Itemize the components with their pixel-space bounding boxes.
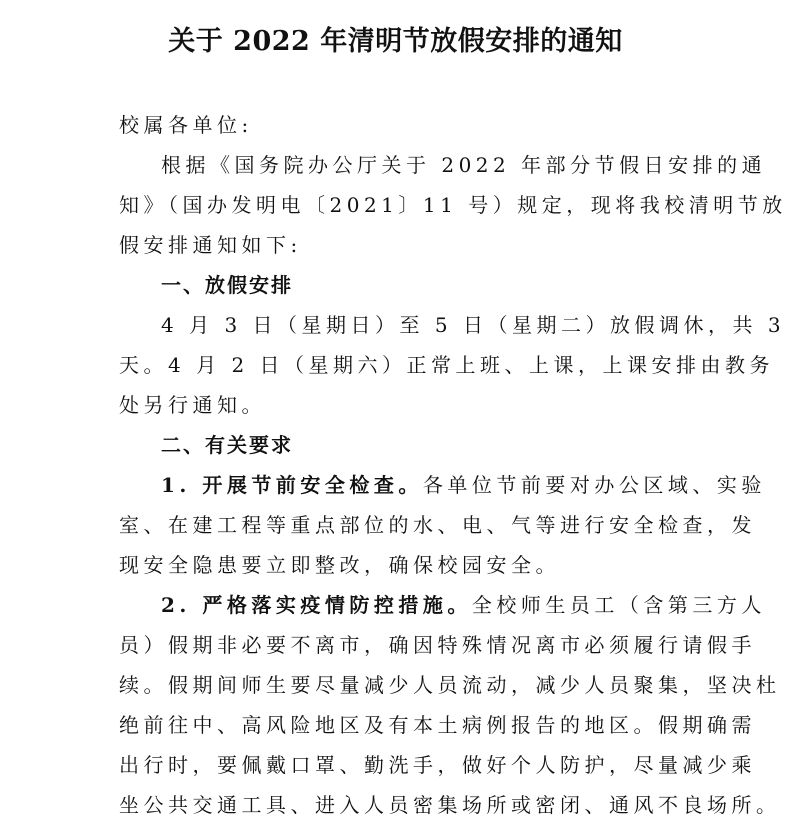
document-title: 关于 2022 年清明节放假安排的通知 (0, 20, 791, 64)
item-text: 全校师生员工（含第三方人 (472, 593, 766, 617)
paragraph-line: 室、在建工程等重点部位的水、电、气等进行安全检查，发 (119, 505, 672, 545)
section-heading-holiday-arrangement: 一、放假安排 (119, 265, 672, 305)
paragraph-line: 现安全隐患要立即整改，确保校园安全。 (119, 545, 672, 585)
paragraph-line: 处另行通知。 (119, 385, 672, 425)
item-lead: 1. 开展节前安全检查。 (161, 473, 423, 497)
paragraph-line: 1. 开展节前安全检查。各单位节前要对办公区域、实验 (119, 465, 672, 505)
item-text: 各单位节前要对办公区域、实验 (423, 473, 766, 497)
paragraph-line: 坐公共交通工具、进入人员密集场所或密闭、通风不良场所。 (119, 785, 672, 818)
paragraph-line: 绝前往中、高风险地区及有本土病例报告的地区。假期确需 (119, 705, 672, 745)
paragraph-line: 续。假期间师生要尽量减少人员流动，减少人员聚集，坚决杜 (119, 665, 672, 705)
paragraph-line: 员）假期非必要不离市，确因特殊情况离市必须履行请假手 (119, 625, 672, 665)
paragraph-line: 2. 严格落实疫情防控措施。全校师生员工（含第三方人 (119, 585, 672, 625)
paragraph-line: 天。4 月 2 日（星期六）正常上班、上课，上课安排由教务 (119, 345, 672, 385)
intro-paragraph: 根据《国务院办公厅关于 2022 年部分节假日安排的通 知》（国办发明电〔202… (119, 145, 674, 265)
intro-line: 知》（国办发明电〔2021〕11 号）规定，现将我校清明节放 (119, 185, 672, 225)
requirement-item-safety-check: 1. 开展节前安全检查。各单位节前要对办公区域、实验 室、在建工程等重点部位的水… (119, 465, 674, 585)
document-page: 关于 2022 年清明节放假安排的通知 校属各单位: 根据《国务院办公厅关于 2… (0, 0, 791, 818)
section-heading-requirements: 二、有关要求 (119, 425, 672, 465)
item-lead: 2. 严格落实疫情防控措施。 (161, 593, 472, 617)
paragraph-line: 4 月 3 日（星期日）至 5 日（星期二）放假调休，共 3 (119, 305, 672, 345)
intro-line: 根据《国务院办公厅关于 2022 年部分节假日安排的通 (119, 145, 672, 185)
paragraph-line: 出行时，要佩戴口罩、勤洗手，做好个人防护，尽量减少乘 (119, 745, 672, 785)
requirement-item-epidemic-control: 2. 严格落实疫情防控措施。全校师生员工（含第三方人 员）假期非必要不离市，确因… (119, 585, 674, 818)
holiday-arrangement-paragraph: 4 月 3 日（星期日）至 5 日（星期二）放假调休，共 3 天。4 月 2 日… (119, 305, 674, 425)
intro-line: 假安排通知如下: (119, 225, 672, 265)
document-body: 校属各单位: 根据《国务院办公厅关于 2022 年部分节假日安排的通 知》（国办… (119, 105, 674, 818)
salutation: 校属各单位: (119, 105, 672, 145)
